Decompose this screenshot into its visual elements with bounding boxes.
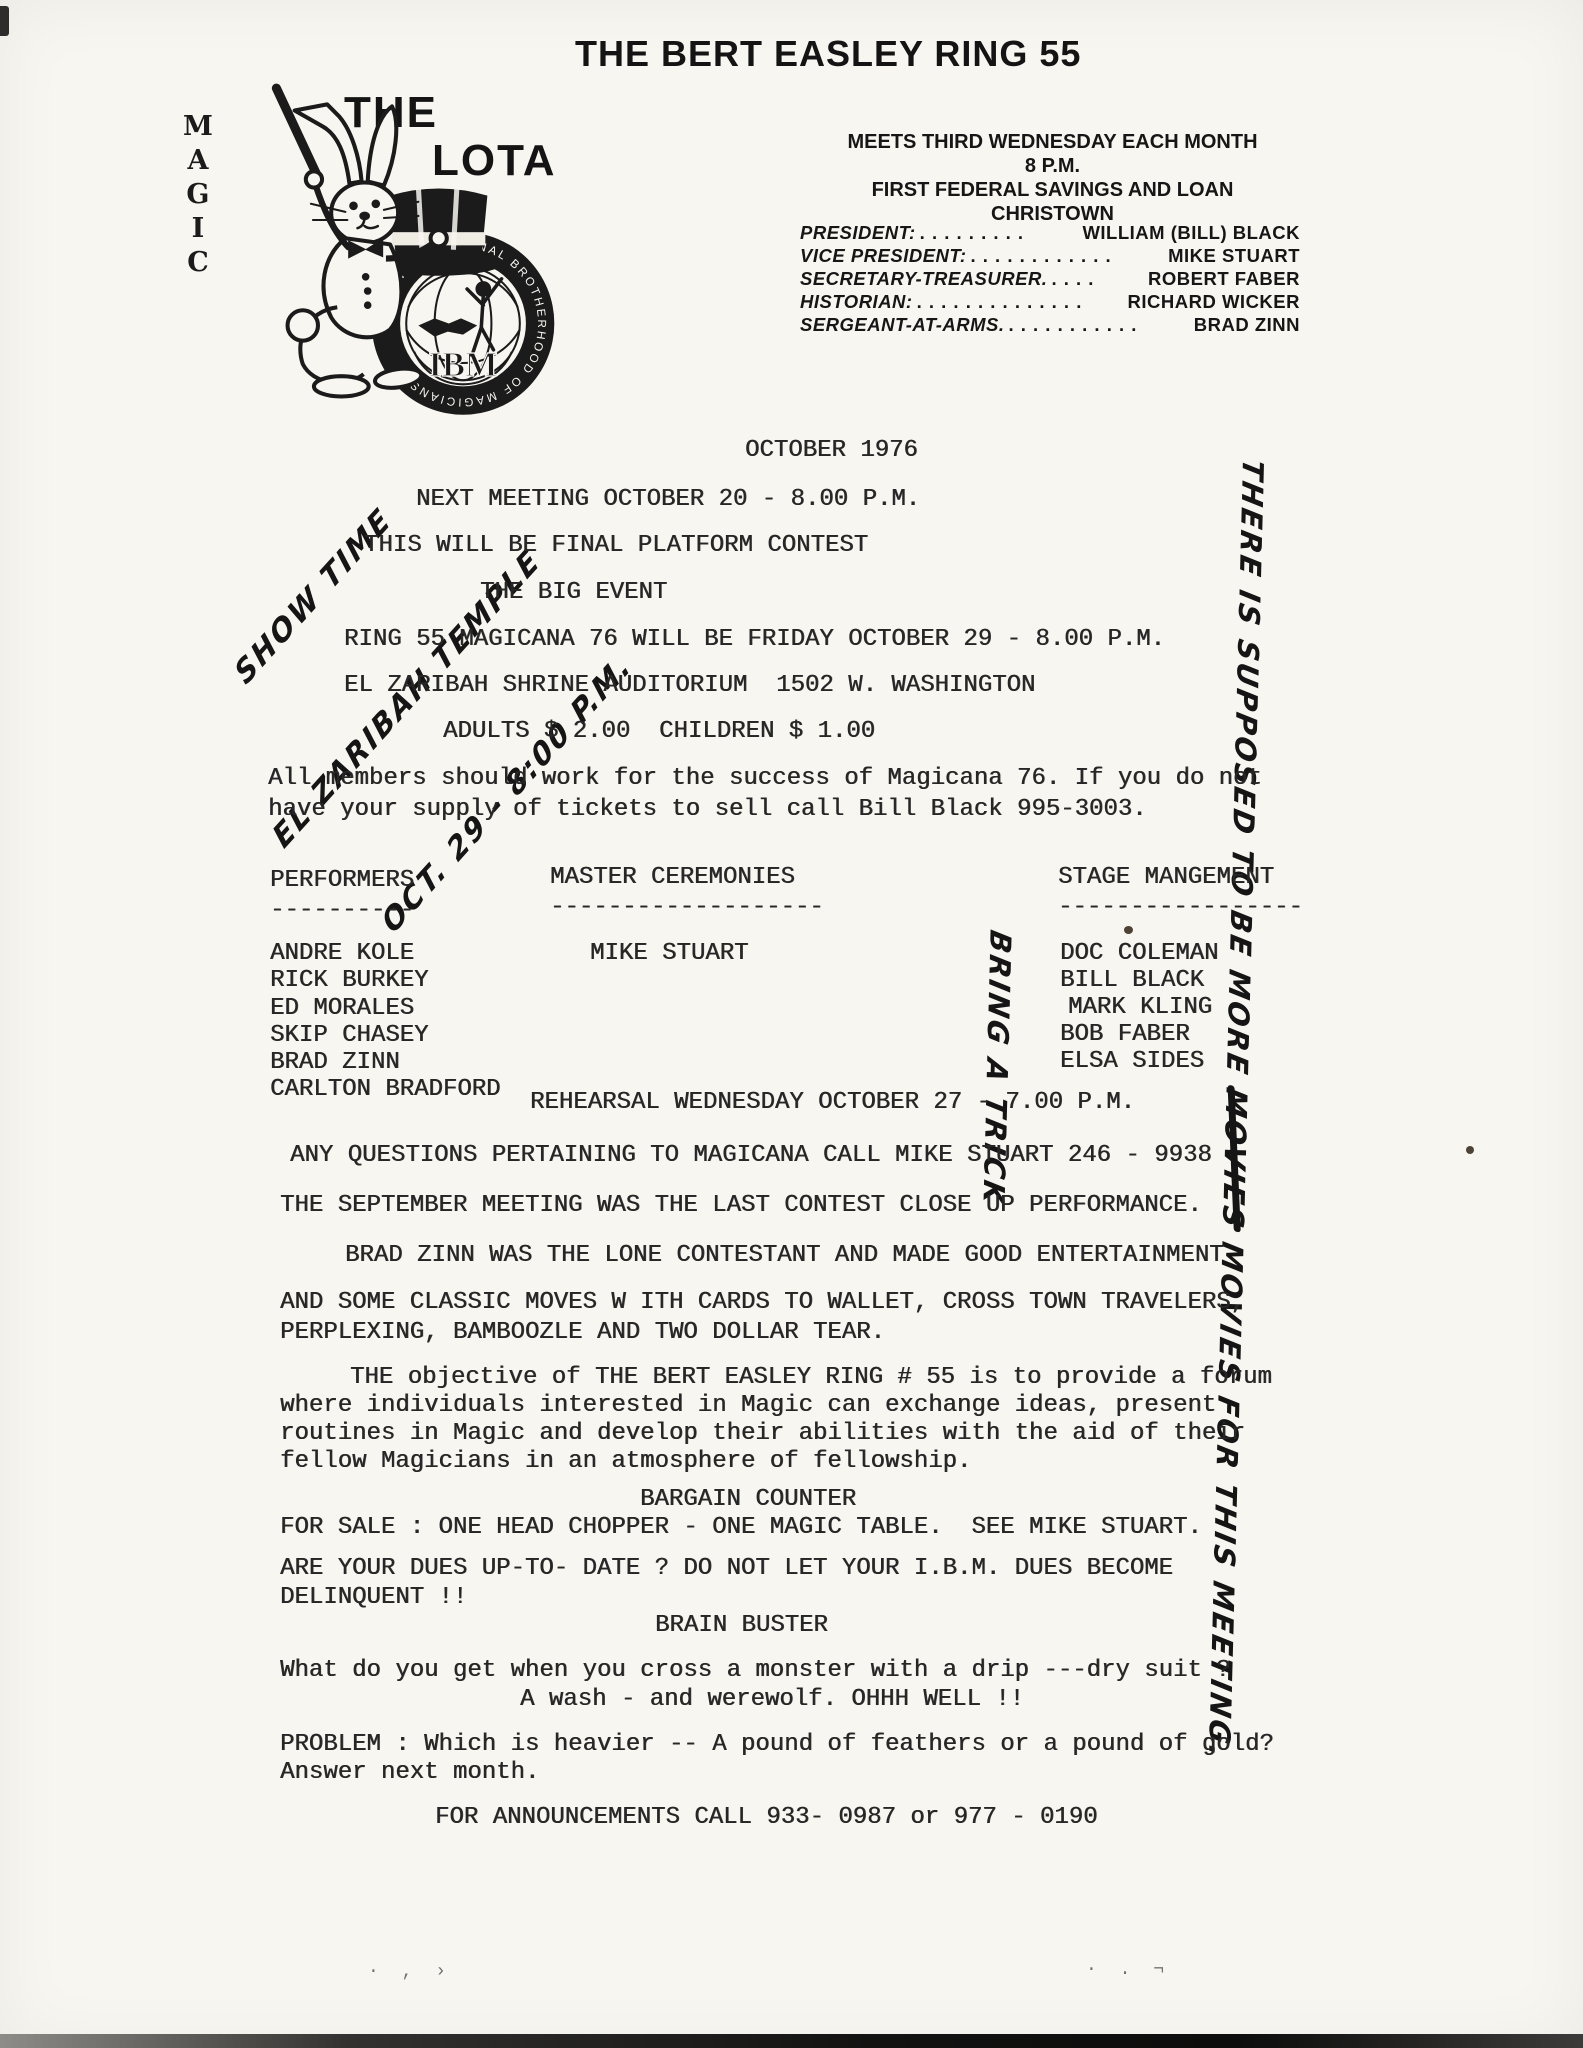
dot-leader: . . . . . . . . . . . . . . <box>917 291 1124 313</box>
dot-leader: . . . . <box>1051 268 1144 290</box>
struck-word: MOVIES <box>1216 1085 1254 1233</box>
paragraph-objective-line1: THE objective of THE BERT EASLEY RING # … <box>350 1365 1272 1391</box>
ink-speck <box>1466 1146 1474 1154</box>
line-venue: EL ZARIBAH SHRINE AUDITORIUM 1502 W. WAS… <box>344 673 1035 699</box>
line-dues-2: DELINQUENT !! <box>280 1585 467 1611</box>
line-prices: ADULTS $ 2.00 CHILDREN $ 1.00 <box>443 719 875 745</box>
line-riddle-answer: A wash - and werewolf. OHHH WELL !! <box>520 1687 1024 1713</box>
line-problem-2: Answer next month. <box>280 1760 539 1786</box>
master-ceremonies-name: MIKE STUART <box>590 941 748 967</box>
officer-row: HISTORIAN:. . . . . . . . . . . . . .RIC… <box>800 291 1300 314</box>
line-next-meeting: NEXT MEETING OCTOBER 20 - 8.00 P.M. <box>416 487 920 513</box>
officer-row: SERGEANT-AT-ARMS.. . . . . . . . . . .BR… <box>800 314 1300 337</box>
officers-list: PRESIDENT:. . . . . . . . .WILLIAM (BILL… <box>800 222 1300 337</box>
performer-name: BRAD ZINN <box>270 1050 400 1076</box>
meeting-info-line: MEETS THIRD WEDNESDAY EACH MONTH <box>800 130 1305 154</box>
officer-title: VICE PRESIDENT: <box>800 245 966 267</box>
page-title: THE BERT EASLEY RING 55 <box>575 33 1081 75</box>
scan-marks-left: · , › <box>368 1962 452 1982</box>
line-rehearsal: REHEARSAL WEDNESDAY OCTOBER 27 - 7.00 P.… <box>530 1090 1135 1116</box>
officer-name: BRAD ZINN <box>1194 314 1300 336</box>
meeting-info-line: FIRST FEDERAL SAVINGS AND LOAN <box>800 178 1305 202</box>
officer-title: SERGEANT-AT-ARMS. <box>800 314 1004 336</box>
stage-crew-name: ELSA SIDES <box>1060 1049 1204 1075</box>
scanned-newsletter-page: THE BERT EASLEY RING 55 THE LOTA M A G I… <box>0 0 1583 2048</box>
scan-marks-right: · . ¬ <box>1086 1960 1170 1980</box>
stage-crew-name: MARK KLING <box>1068 995 1212 1021</box>
dot-leader: . . . . . . . . . . . . <box>970 245 1164 267</box>
column-header-stage-management: STAGE MANGEMENT <box>1058 865 1274 891</box>
line-dues-1: ARE YOUR DUES UP-TO- DATE ? DO NOT LET Y… <box>280 1556 1173 1582</box>
officer-title: HISTORIAN: <box>800 291 913 313</box>
line-classic-moves-2: PERPLEXING, BAMBOOZLE AND TWO DOLLAR TEA… <box>280 1320 885 1346</box>
line-classic-moves-1: AND SOME CLASSIC MOVES W ITH CARDS TO WA… <box>280 1290 1245 1316</box>
officer-name: WILLIAM (BILL) BLACK <box>1082 222 1300 244</box>
paragraph-objective-line4: fellow Magicians in an atmosphere of fel… <box>280 1449 971 1475</box>
stage-crew-name: BOB FABER <box>1060 1022 1190 1048</box>
heading-brain-buster: BRAIN BUSTER <box>655 1613 828 1639</box>
line-questions: ANY QUESTIONS PERTAINING TO MAGICANA CAL… <box>290 1143 1212 1169</box>
officer-title: SECRETARY-TREASURER. <box>800 268 1047 290</box>
officer-row: SECRETARY-TREASURER.. . . .ROBERT FABER <box>800 268 1300 291</box>
line-announcements-phone: FOR ANNOUNCEMENTS CALL 933- 0987 or 977 … <box>435 1805 1098 1831</box>
officer-title: PRESIDENT: <box>800 222 916 244</box>
dot-leader: . . . . . . . . . . . <box>1008 314 1189 336</box>
line-for-sale: FOR SALE : ONE HEAD CHOPPER - ONE MAGIC … <box>280 1515 1202 1541</box>
line-september-meeting: THE SEPTEMBER MEETING WAS THE LAST CONTE… <box>280 1193 1202 1219</box>
dot-leader: . . . . . . . . . <box>920 222 1079 244</box>
stage-crew-name: BILL BLACK <box>1060 968 1204 994</box>
scan-bottom-edge <box>0 2034 1583 2048</box>
column-rule: ----------------- <box>1058 895 1303 921</box>
ink-speck <box>1124 926 1133 934</box>
performer-name: ANDRE KOLE <box>270 941 414 967</box>
paragraph-objective-line3: routines in Magic and develop their abil… <box>280 1421 1245 1447</box>
meeting-info-block: MEETS THIRD WEDNESDAY EACH MONTH 8 P.M. … <box>800 130 1305 226</box>
officer-row: PRESIDENT:. . . . . . . . .WILLIAM (BILL… <box>800 222 1300 245</box>
performer-name: RICK BURKEY <box>270 968 428 994</box>
line-final-platform: THIS WILL BE FINAL PLATFORM CONTEST <box>364 533 868 559</box>
performer-name: CARLTON BRADFORD <box>270 1077 500 1103</box>
performer-name: ED MORALES <box>270 996 414 1022</box>
column-header-performers: PERFORMERS <box>270 868 414 894</box>
column-rule: ---------- <box>270 898 414 924</box>
line-problem-1: PROBLEM : Which is heavier -- A pound of… <box>280 1732 1274 1758</box>
line-riddle-question: What do you get when you cross a monster… <box>280 1658 1231 1684</box>
performer-name: SKIP CHASEY <box>270 1023 428 1049</box>
meeting-info-line: 8 P.M. <box>800 154 1305 178</box>
officer-name: RICHARD WICKER <box>1128 291 1300 313</box>
column-rule: ------------------- <box>550 895 824 921</box>
officer-name: MIKE STUART <box>1168 245 1300 267</box>
heading-bargain-counter: BARGAIN COUNTER <box>640 1487 856 1513</box>
paragraph-tickets-line2: have your supply of tickets to sell call… <box>268 797 1147 823</box>
heading-big-event: THE BIG EVENT <box>480 580 667 606</box>
date-line: OCTOBER 1976 <box>745 438 918 464</box>
seal-monogram: IBM <box>429 346 498 384</box>
officer-row: VICE PRESIDENT:. . . . . . . . . . . .MI… <box>800 245 1300 268</box>
column-header-master-ceremonies: MASTER CEREMONIES <box>550 865 795 891</box>
officer-name: ROBERT FABER <box>1148 268 1300 290</box>
magic-wand-icon <box>276 88 319 179</box>
paragraph-tickets-line1: All members should work for the success … <box>268 766 1262 792</box>
paragraph-objective-line2: where individuals interested in Magic ca… <box>280 1393 1216 1419</box>
line-magicana-date: RING 55 MAGICANA 76 WILL BE FRIDAY OCTOB… <box>344 627 1165 653</box>
scan-edge-mark <box>0 6 9 36</box>
line-brad-zinn: BRAD ZINN WAS THE LONE CONTESTANT AND MA… <box>345 1243 1224 1269</box>
stage-crew-name: DOC COLEMAN <box>1060 941 1218 967</box>
